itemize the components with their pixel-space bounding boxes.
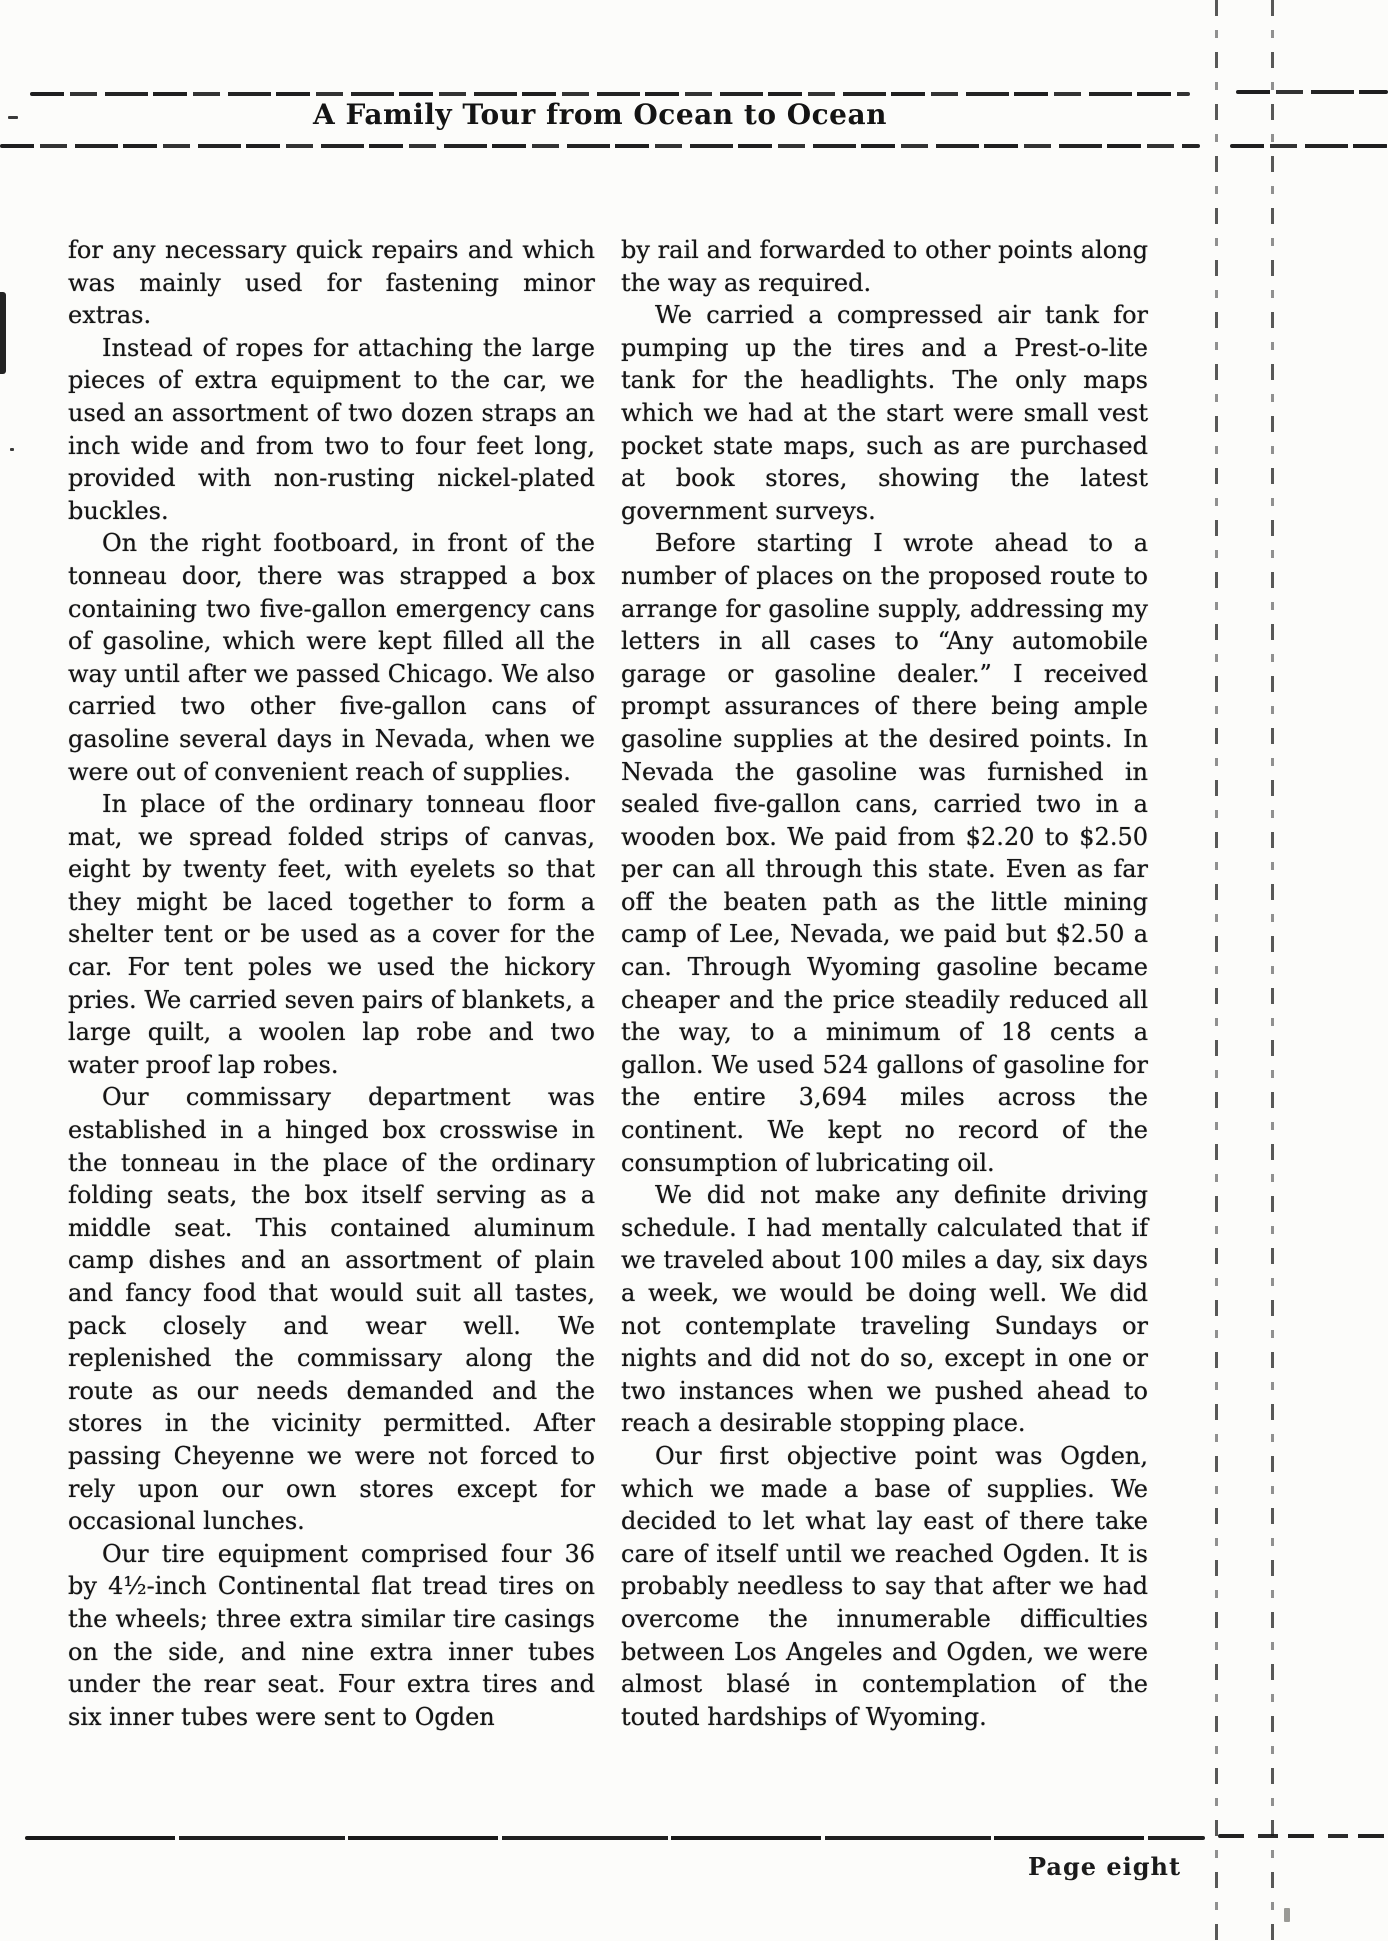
paragraph: for any necessary quick repairs and whic… — [68, 234, 595, 332]
top-rule-upper-right-segment — [1236, 90, 1388, 94]
scan-ink-blot — [0, 292, 6, 374]
paragraph: We carried a compressed air tank for pum… — [621, 299, 1148, 527]
top-rule-lower — [0, 144, 1200, 148]
page-number: Page eight — [1028, 1852, 1181, 1881]
scan-fold-line — [1271, 0, 1274, 1941]
left-column: for any necessary quick repairs and whic… — [68, 234, 595, 1733]
page-title: A Family Tour from Ocean to Ocean — [0, 98, 1200, 131]
bottom-rule — [25, 1836, 1205, 1840]
text-columns: for any necessary quick repairs and whic… — [68, 234, 1148, 1733]
paragraph: Before starting I wrote ahead to a numbe… — [621, 527, 1148, 1179]
paragraph: Our commissary department was establishe… — [68, 1081, 595, 1537]
right-column: by rail and forwarded to other points al… — [621, 234, 1148, 1733]
paragraph: Our first objective point was Ogden, whi… — [621, 1440, 1148, 1733]
paragraph: We did not make any definite driving sch… — [621, 1179, 1148, 1440]
scan-speck — [1284, 1908, 1290, 1922]
paragraph: Instead of ropes for attaching the large… — [68, 332, 595, 528]
bottom-rule-right-segment — [1218, 1834, 1388, 1838]
scan-speck — [8, 116, 18, 119]
scan-speck — [10, 448, 14, 451]
scanned-book-page: A Family Tour from Ocean to Ocean for an… — [0, 0, 1388, 1941]
paragraph: On the right footboard, in front of the … — [68, 527, 595, 788]
paragraph: Our tire equipment comprised four 36 by … — [68, 1538, 595, 1734]
top-rule-upper — [30, 92, 1190, 96]
scan-fold-line — [1215, 0, 1218, 1941]
top-rule-lower-right-segment — [1230, 144, 1388, 148]
paragraph: by rail and forwarded to other points al… — [621, 234, 1148, 299]
paragraph: In place of the ordinary tonneau floor m… — [68, 788, 595, 1081]
